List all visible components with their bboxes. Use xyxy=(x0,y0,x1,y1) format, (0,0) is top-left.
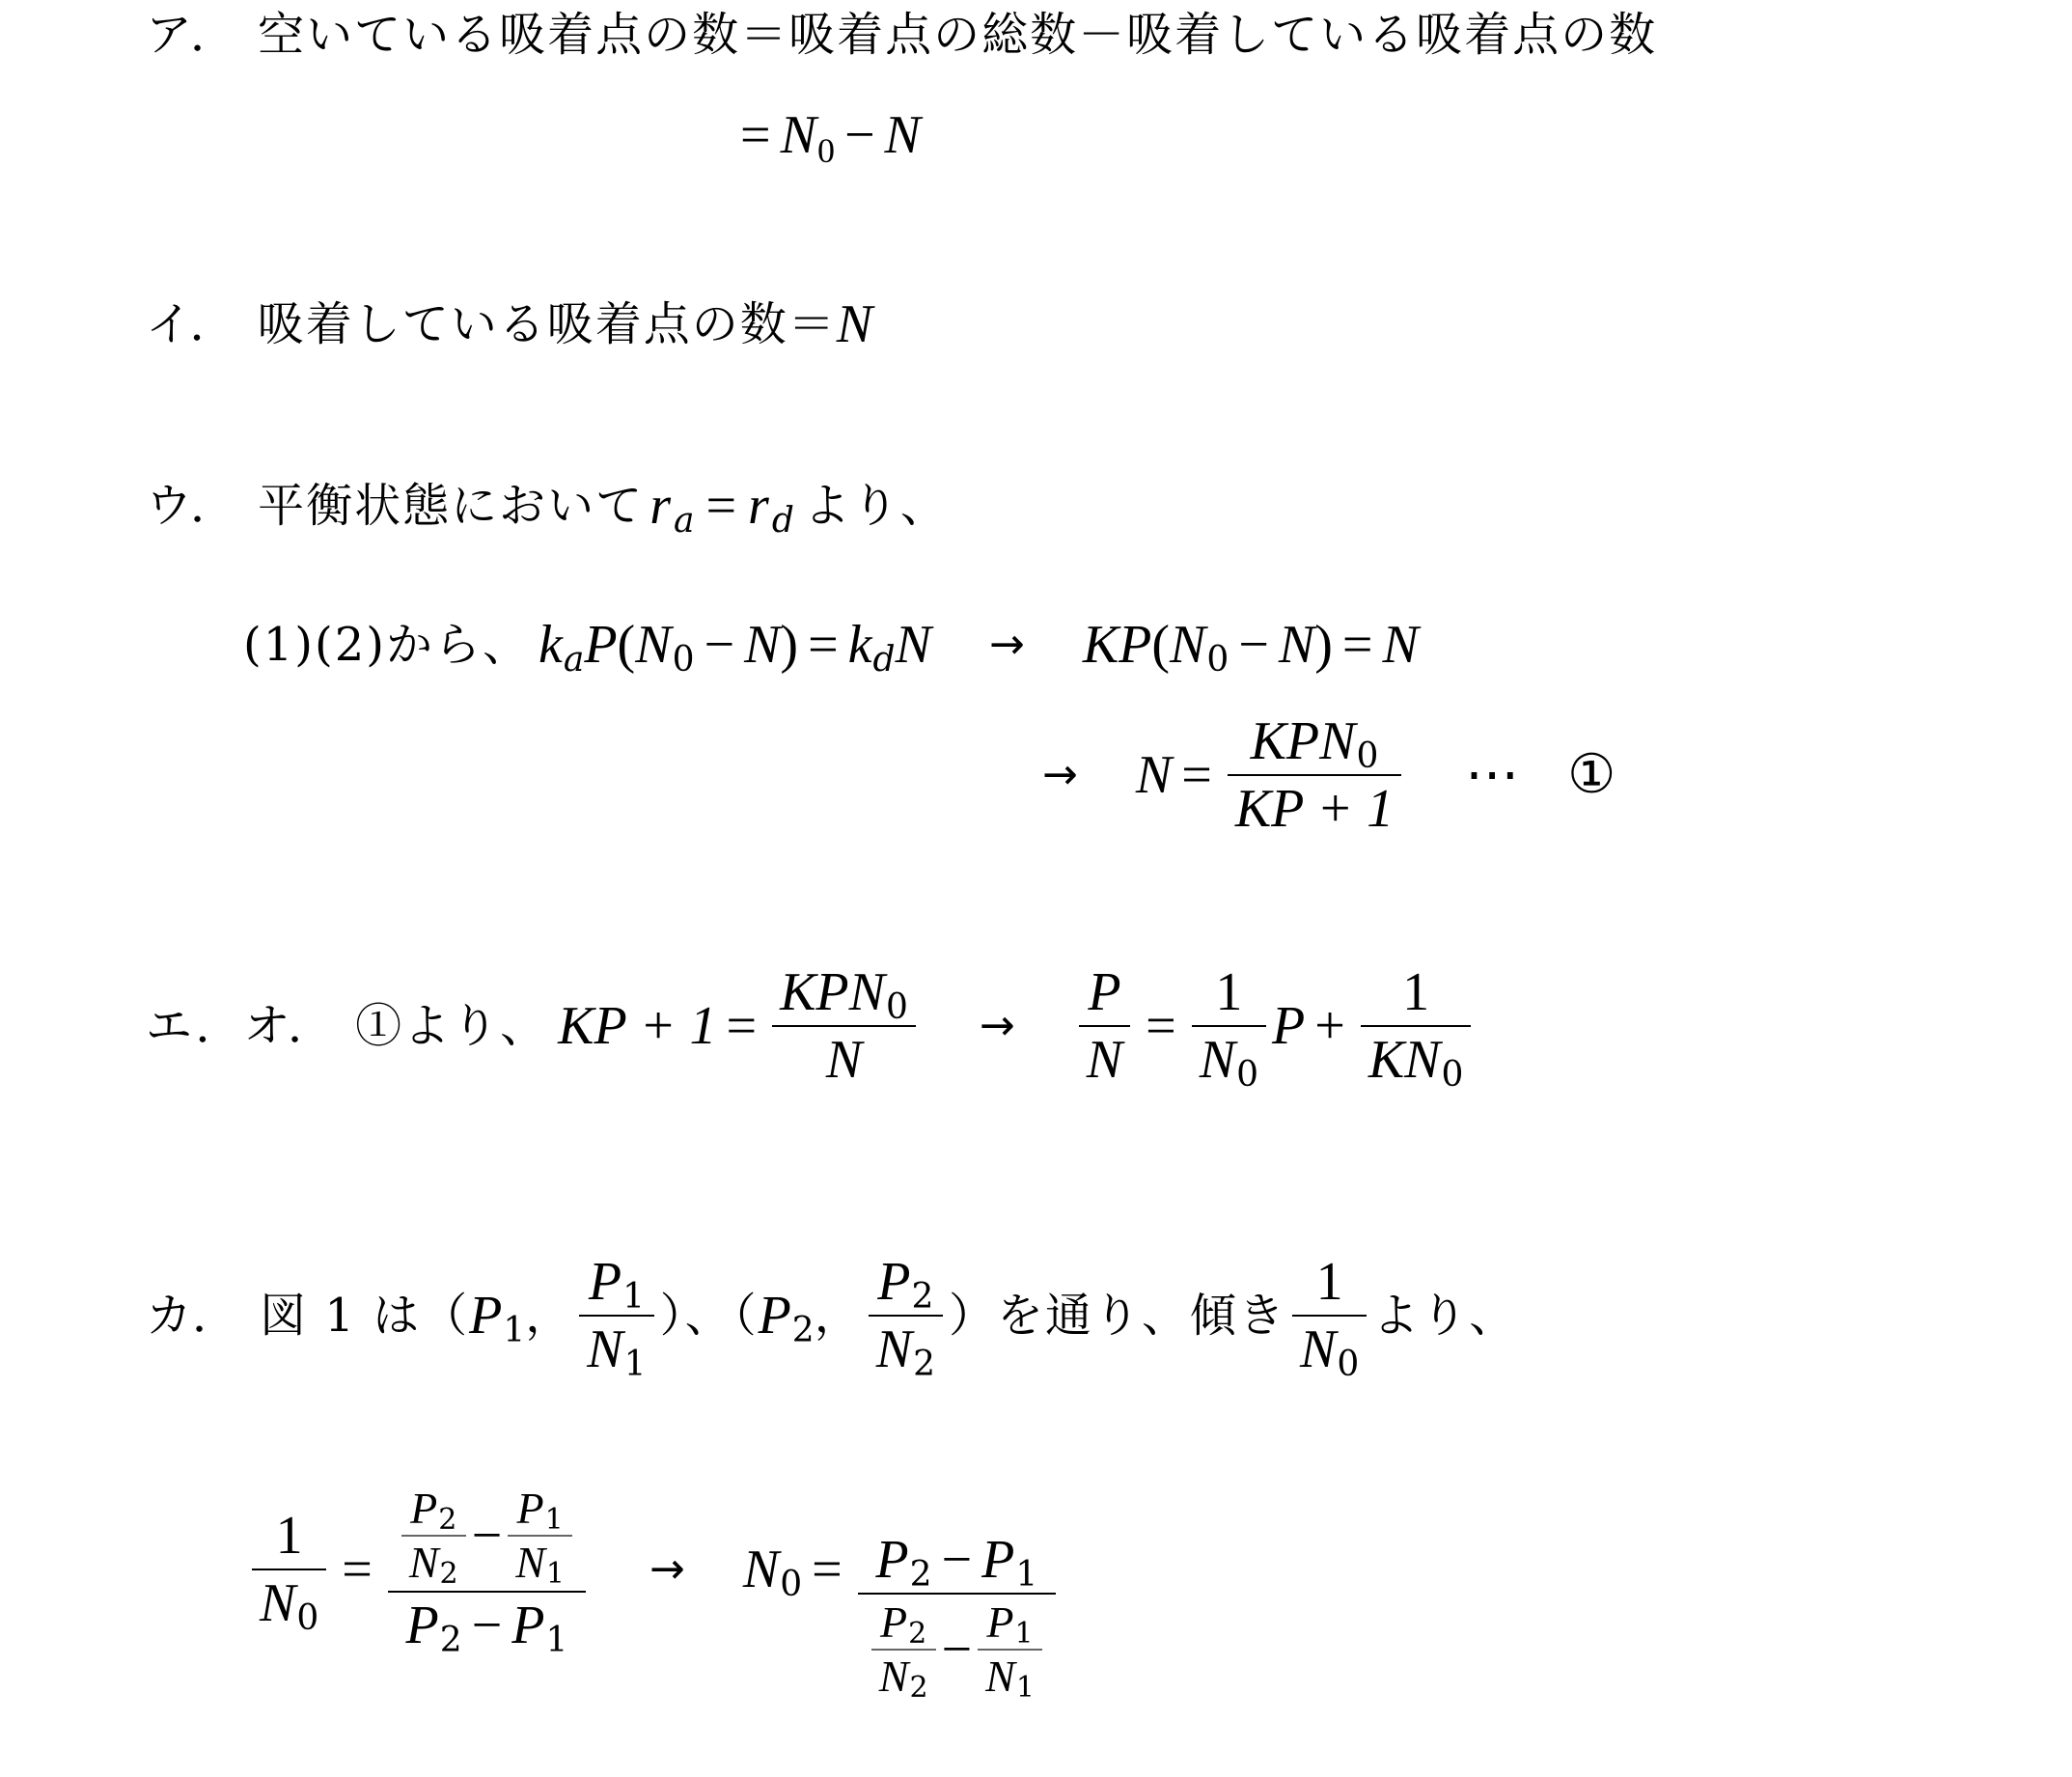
comma: ， xyxy=(525,1292,573,1339)
fraction-bar xyxy=(1079,1025,1130,1027)
var-P: P xyxy=(589,1255,622,1309)
item-ka-close2: ）を通り、傾き xyxy=(949,1292,1286,1339)
fraction-P1-over-N1: P1 N1 xyxy=(978,1600,1042,1699)
var-N: N xyxy=(515,1541,545,1585)
subscript-0: 0 xyxy=(1337,1347,1359,1382)
minus-sign: − xyxy=(472,1509,503,1563)
var-KPN: KPN xyxy=(1251,714,1356,768)
denominator: N xyxy=(818,1033,870,1087)
number-1: 1 xyxy=(1402,965,1429,1019)
subscript-0: 0 xyxy=(886,990,908,1025)
number-1: 1 xyxy=(276,1509,303,1563)
item-u-text-after: より、 xyxy=(804,483,949,529)
item-i-text: 吸着している吸着点の数＝ xyxy=(258,301,837,347)
item-ka-final-equation: 1 N0 = P2 N2 − P1 N1 P2 − P1 → N0 = xyxy=(246,1486,1062,1652)
fraction-bar xyxy=(1192,1025,1266,1027)
var-N: N xyxy=(826,1033,862,1087)
fraction-1-over-KN0: 1 KN0 xyxy=(1361,965,1472,1087)
fraction-bar xyxy=(1292,1315,1367,1317)
numerator: P1 xyxy=(979,1600,1040,1645)
item-a-continuation: = N0 − N xyxy=(731,108,921,162)
var-N: N xyxy=(409,1541,439,1585)
fraction-1-over-N0: 1 N0 xyxy=(1192,965,1266,1087)
var-N: N xyxy=(744,618,780,672)
plus-sign: + xyxy=(1314,999,1345,1053)
denominator: N2 xyxy=(401,1541,466,1585)
var-KPN: KPN xyxy=(780,965,885,1019)
item-u-step1: (1)(2)から、 ka P ( N0 − N ) = kd N → KP ( … xyxy=(243,618,1419,672)
right-paren: ) xyxy=(1314,618,1333,672)
minus-sign: − xyxy=(844,108,875,162)
var-P: P xyxy=(517,1486,544,1531)
equals-sign: = xyxy=(342,1542,373,1597)
var-N: N xyxy=(879,1654,909,1699)
var-N: N xyxy=(635,618,671,672)
var-KN: KN xyxy=(1368,1033,1441,1087)
var-P: P xyxy=(875,1533,908,1587)
subscript-1: 1 xyxy=(503,1314,525,1348)
item-a-line: ア． 空いている吸着点の数＝吸着点の総数－吸着している吸着点の数 xyxy=(146,12,1657,58)
subscript-1: 1 xyxy=(545,1624,567,1658)
comma: ， xyxy=(815,1292,863,1339)
item-ka-line: カ． 図 1 は（ P1 ， P1 N1 ）、（ P2 ， P2 N2 ）を通り… xyxy=(146,1255,1517,1376)
denominator: P2 N2 − P1 N1 xyxy=(858,1600,1056,1699)
var-P: P xyxy=(406,1598,439,1652)
subscript-0: 0 xyxy=(296,1601,318,1636)
item-a-label: ア． xyxy=(146,12,238,58)
item-eo-line: エ．オ． ①より、 KP + 1 = KPN0 N → P N = 1 N0 P… xyxy=(146,965,1477,1087)
equals-sign: = xyxy=(705,479,738,533)
numerator: P2 − P1 xyxy=(868,1533,1045,1587)
denominator: N2 xyxy=(871,1654,936,1699)
var-N: N xyxy=(1170,618,1205,672)
subscript-1: 1 xyxy=(545,1506,564,1535)
fraction-KPN0-over-N: KPN0 N xyxy=(772,965,916,1087)
denominator: N2 xyxy=(869,1322,943,1376)
var-P: P xyxy=(584,618,617,672)
numerator: P2 N2 − P1 N1 xyxy=(388,1486,586,1585)
fraction-P1-over-N1: P1 N1 xyxy=(508,1486,572,1585)
numerator: P xyxy=(1080,965,1128,1019)
subscript-2: 2 xyxy=(909,1674,927,1703)
fraction-1-over-N0: 1 N0 xyxy=(1292,1255,1367,1376)
equals-sign: = xyxy=(1146,999,1176,1053)
var-P: P xyxy=(1088,965,1120,1019)
minus-sign: − xyxy=(704,618,734,672)
numerator: 1 xyxy=(1395,965,1437,1019)
right-arrow-icon: → xyxy=(1042,754,1078,796)
subscript-2: 2 xyxy=(440,1624,462,1658)
item-u-label: ウ． xyxy=(146,483,238,529)
numerator: P2 xyxy=(402,1486,464,1531)
fraction-bar xyxy=(388,1591,586,1593)
subscript-2: 2 xyxy=(913,1347,935,1382)
subscript-2: 2 xyxy=(908,1620,926,1649)
fraction-bar xyxy=(1361,1025,1472,1027)
var-N: N xyxy=(1136,748,1172,802)
var-KP: KP xyxy=(1083,618,1152,672)
denominator: KP + 1 xyxy=(1228,782,1401,836)
var-P: P xyxy=(759,1289,791,1343)
subscript-a: a xyxy=(564,643,584,678)
fraction-KPN0-over-KP-plus-1: KPN0 KP + 1 xyxy=(1228,714,1401,836)
subscript-0: 0 xyxy=(1236,1058,1258,1093)
equals-sign: = xyxy=(1342,618,1373,672)
var-N: N xyxy=(876,1322,912,1376)
subscript-a: a xyxy=(674,504,696,539)
numerator: P1 xyxy=(510,1486,571,1531)
denominator: P2 − P1 xyxy=(399,1598,576,1652)
left-paren: ( xyxy=(1151,618,1170,672)
denominator: N0 xyxy=(1292,1322,1367,1376)
numerator: 1 xyxy=(268,1509,311,1563)
var-P: P xyxy=(877,1255,910,1309)
denominator: N0 xyxy=(252,1576,326,1630)
var-k: k xyxy=(848,618,872,672)
fraction-bar xyxy=(252,1569,326,1570)
expr-KP-plus-1: KP + 1 xyxy=(558,999,716,1053)
item-ka-label: カ． xyxy=(146,1292,240,1339)
item-i-line: イ． 吸着している吸着点の数＝ N xyxy=(146,297,874,351)
var-N: N xyxy=(885,108,921,162)
var-r: r xyxy=(649,479,673,533)
subscript-2: 2 xyxy=(438,1506,456,1535)
var-N: N xyxy=(781,108,816,162)
var-r: r xyxy=(748,479,771,533)
var-N: N xyxy=(985,1654,1015,1699)
subscript-1: 1 xyxy=(546,1560,565,1589)
numerator: P2 xyxy=(872,1600,934,1645)
subscript-2: 2 xyxy=(910,1558,932,1593)
item-u-step2: → N = KPN0 KP + 1 ⋯ ① xyxy=(984,714,1616,836)
denominator: N0 xyxy=(1192,1033,1266,1087)
expr-KP-plus-1: KP + 1 xyxy=(1235,782,1394,836)
subscript-1: 1 xyxy=(624,1347,647,1382)
var-P: P xyxy=(1272,999,1305,1053)
numerator: 1 xyxy=(1207,965,1250,1019)
var-P: P xyxy=(981,1533,1014,1587)
subscript-0: 0 xyxy=(673,643,695,678)
var-N: N xyxy=(260,1576,295,1630)
subscript-2: 2 xyxy=(440,1560,458,1589)
var-N: N xyxy=(1087,1033,1122,1087)
compound-fraction-N0: P2 − P1 P2 N2 − P1 N1 xyxy=(858,1533,1056,1699)
item-eo-label: エ．オ． xyxy=(146,1003,336,1049)
left-paren: ( xyxy=(618,618,636,672)
var-N: N xyxy=(1383,618,1419,672)
denominator: N1 xyxy=(579,1322,653,1376)
var-N: N xyxy=(1300,1322,1336,1376)
number-1: 1 xyxy=(1215,965,1242,1019)
subscript-0: 0 xyxy=(1206,643,1229,678)
right-arrow-icon: → xyxy=(649,1548,685,1591)
item-i-label: イ． xyxy=(146,301,238,347)
equals-sign: = xyxy=(726,999,757,1053)
subscript-0: 0 xyxy=(817,133,835,168)
subscript-d: d xyxy=(873,643,896,678)
right-arrow-icon: → xyxy=(989,624,1025,666)
var-N: N xyxy=(837,297,874,351)
numerator: P1 xyxy=(581,1255,652,1309)
subscript-0: 0 xyxy=(780,1568,802,1602)
denominator: N1 xyxy=(978,1654,1042,1699)
fraction-P2-over-N2: P2 N2 xyxy=(401,1486,466,1585)
fraction-P2-over-N2: P2 N2 xyxy=(871,1600,936,1699)
subscript-1: 1 xyxy=(1015,1620,1034,1649)
item-ka-text-end: より、 xyxy=(1372,1292,1517,1339)
subscript-0: 0 xyxy=(1442,1058,1464,1093)
denominator: N xyxy=(1079,1033,1130,1087)
item-u-line: ウ． 平衡状態において ra = rd より、 xyxy=(146,479,949,533)
equals-sign: = xyxy=(740,108,771,162)
var-P: P xyxy=(410,1486,437,1531)
minus-sign: − xyxy=(1238,618,1269,672)
minus-sign: − xyxy=(472,1598,503,1652)
fraction-1-over-N0: 1 N0 xyxy=(252,1509,326,1630)
minus-sign: − xyxy=(942,1623,973,1677)
fraction-P1-over-N1: P1 N1 xyxy=(579,1255,653,1376)
equals-sign: = xyxy=(808,618,839,672)
var-P: P xyxy=(469,1289,502,1343)
var-P: P xyxy=(880,1600,907,1645)
item-a-text: 空いている吸着点の数＝吸着点の総数－吸着している吸着点の数 xyxy=(258,12,1657,58)
subscript-d: d xyxy=(772,504,796,539)
item-ka-close1: ）、（ xyxy=(660,1292,759,1339)
step1-prefix: (1)(2)から、 xyxy=(243,622,531,668)
fraction-P2-over-N2: P2 N2 xyxy=(869,1255,943,1376)
right-arrow-icon: → xyxy=(980,1005,1015,1047)
equals-sign: = xyxy=(1181,748,1212,802)
var-N: N xyxy=(1279,618,1314,672)
var-k: k xyxy=(539,618,563,672)
equation-ref-1: ① xyxy=(1567,748,1616,802)
ellipsis: ⋯ xyxy=(1465,748,1519,802)
number-1: 1 xyxy=(1316,1255,1343,1309)
subscript-2: 2 xyxy=(792,1314,815,1348)
minus-sign: − xyxy=(942,1533,973,1587)
item-ka-text1: 図 1 は（ xyxy=(260,1292,469,1339)
item-u-text-before: 平衡状態において xyxy=(258,483,644,529)
denominator: N1 xyxy=(508,1541,572,1585)
fraction-P-over-N: P N xyxy=(1079,965,1130,1087)
numerator: KPN0 xyxy=(1243,714,1387,768)
var-P: P xyxy=(986,1600,1013,1645)
subscript-0: 0 xyxy=(1357,739,1379,774)
numerator: KPN0 xyxy=(772,965,916,1019)
var-N: N xyxy=(743,1542,779,1597)
var-N: N xyxy=(896,618,931,672)
denominator: KN0 xyxy=(1361,1033,1472,1087)
numerator: P2 xyxy=(870,1255,941,1309)
item-eo-prefix: ①より、 xyxy=(355,1003,548,1049)
var-N: N xyxy=(587,1322,622,1376)
var-P: P xyxy=(511,1598,544,1652)
right-paren: ) xyxy=(780,618,798,672)
subscript-1: 1 xyxy=(1015,1558,1037,1593)
compound-fraction-slope: P2 N2 − P1 N1 P2 − P1 xyxy=(388,1486,586,1652)
equals-sign: = xyxy=(812,1542,843,1597)
var-N: N xyxy=(1200,1033,1235,1087)
subscript-2: 2 xyxy=(912,1280,934,1315)
numerator: 1 xyxy=(1309,1255,1351,1309)
subscript-1: 1 xyxy=(1016,1674,1035,1703)
subscript-1: 1 xyxy=(622,1280,645,1315)
